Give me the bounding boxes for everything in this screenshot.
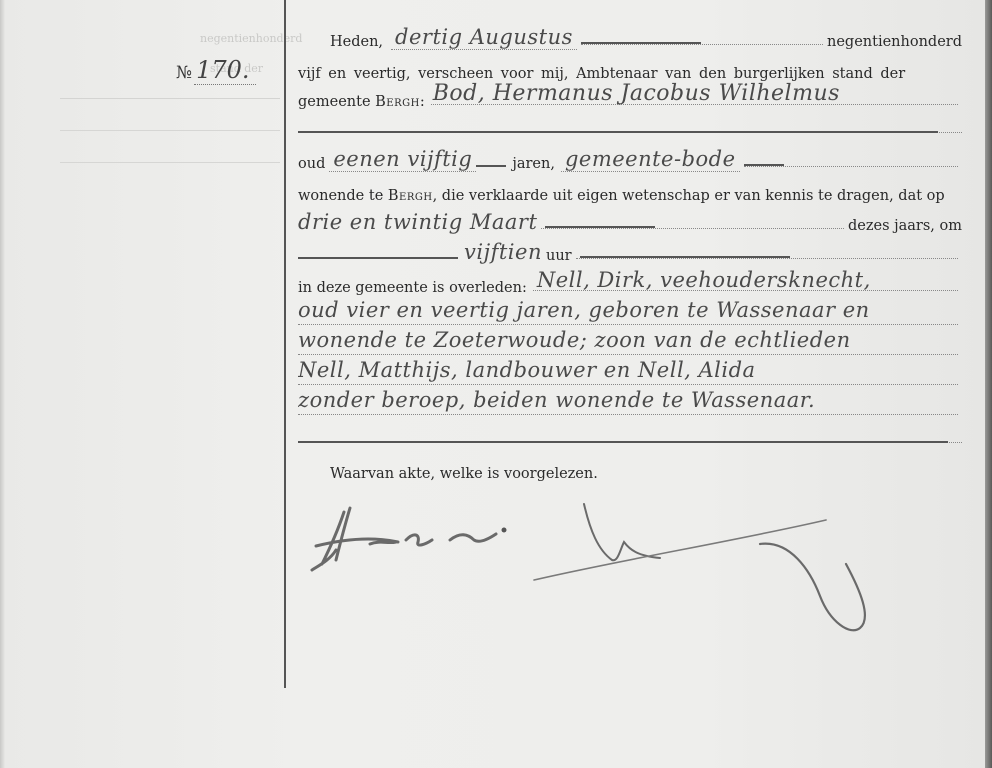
handwritten-text: zonder beroep, beiden wonende te Wassena… (298, 388, 815, 412)
bleed-through-text: negentienhonderd (200, 32, 302, 45)
dash-rule (476, 165, 506, 167)
line-appearance: vijf en veertig, verscheen voor mij, Amb… (298, 54, 962, 82)
line-residence: wonende te Bergh, die verklaarde uit eig… (298, 176, 962, 204)
handwritten-text: oud vier en veertig jaren, geboren te Wa… (298, 298, 870, 322)
handwritten-deceased: Nell, Dirk, veehoudersknecht, (537, 268, 871, 292)
register-number: №170. (176, 56, 256, 84)
document-page: negentienhonderd stand der №170. Heden, … (0, 0, 992, 768)
line-date: Heden, dertig Augustus negentienhonderd (330, 22, 962, 50)
printed-text: uur (546, 248, 572, 264)
handwritten-declarant-name: Bod, Hermanus Jacobus Wilhelmus (433, 81, 840, 106)
line-death-date: drie en twintig Maart dezes jaars, om (298, 206, 962, 234)
dotted-fill (744, 165, 958, 167)
handwritten-text: Nell, Matthijs, landbouwer en Nell, Alid… (298, 358, 756, 382)
handwritten-age: eenen vijftig (329, 147, 476, 172)
blank-rule (298, 132, 962, 133)
printed-text: jaren, (512, 156, 555, 172)
page-binding-edge (985, 0, 992, 768)
handwritten-line: oud vier en veertig jaren, geboren te Wa… (298, 294, 958, 325)
margin-divider-line (284, 0, 286, 688)
printed-text: : (420, 94, 425, 110)
bleed-through-rule (60, 98, 280, 99)
printed-text: oud (298, 156, 325, 172)
handwritten-line: wonende te Zoeterwoude; zoon van de echt… (298, 324, 958, 355)
handwritten-occupation: gemeente-bode (561, 147, 740, 172)
handwritten-date: dertig Augustus (391, 25, 577, 50)
printed-text: Heden, (330, 34, 383, 50)
printed-text: , die verklaarde uit eigen wetenschap er… (433, 188, 945, 204)
handwritten-line: Nell, Matthijs, landbouwer en Nell, Alid… (298, 354, 958, 385)
closing-statement: Waarvan akte, welke is voorgelezen. (330, 466, 598, 482)
page-left-edge (0, 0, 5, 768)
handwritten-text: wonende te Zoeterwoude; zoon van de echt… (298, 328, 851, 352)
number-sign: № (176, 63, 192, 83)
dash-rule (298, 257, 458, 259)
printed-text: negentienhonderd (827, 34, 962, 50)
bleed-through-rule (60, 130, 280, 131)
dotted-fill: Nell, Dirk, veehoudersknecht, (533, 289, 958, 291)
register-number-value: 170. (194, 56, 255, 85)
printed-municipality: Bergh (388, 188, 433, 204)
handwritten-line: zonder beroep, beiden wonende te Wassena… (298, 384, 958, 415)
line-deceased: in deze gemeente is overleden: Nell, Dir… (298, 268, 962, 296)
dotted-fill (581, 43, 823, 45)
bleed-through-rule (60, 162, 280, 163)
printed-text: wonende te (298, 188, 383, 204)
dotted-fill (541, 227, 844, 229)
dotted-fill: Bod, Hermanus Jacobus Wilhelmus (431, 103, 958, 105)
line-age-occupation: oud eenen vijftig jaren, gemeente-bode (298, 144, 962, 172)
printed-text: vijf en veertig, verscheen voor mij, Amb… (298, 66, 905, 82)
handwritten-hour: vijftien (464, 240, 542, 264)
printed-text: dezes jaars, om (848, 218, 962, 234)
handwritten-death-date: drie en twintig Maart (298, 210, 537, 234)
registrar-signature (520, 500, 910, 650)
line-declarant: gemeente Bergh: Bod, Hermanus Jacobus Wi… (298, 82, 962, 110)
declarant-signature (300, 500, 540, 580)
line-death-time: vijftien uur (298, 236, 962, 264)
printed-municipality: Bergh (375, 94, 420, 110)
dotted-fill (576, 257, 958, 259)
closing-rule (298, 442, 962, 443)
printed-text: gemeente (298, 94, 371, 110)
